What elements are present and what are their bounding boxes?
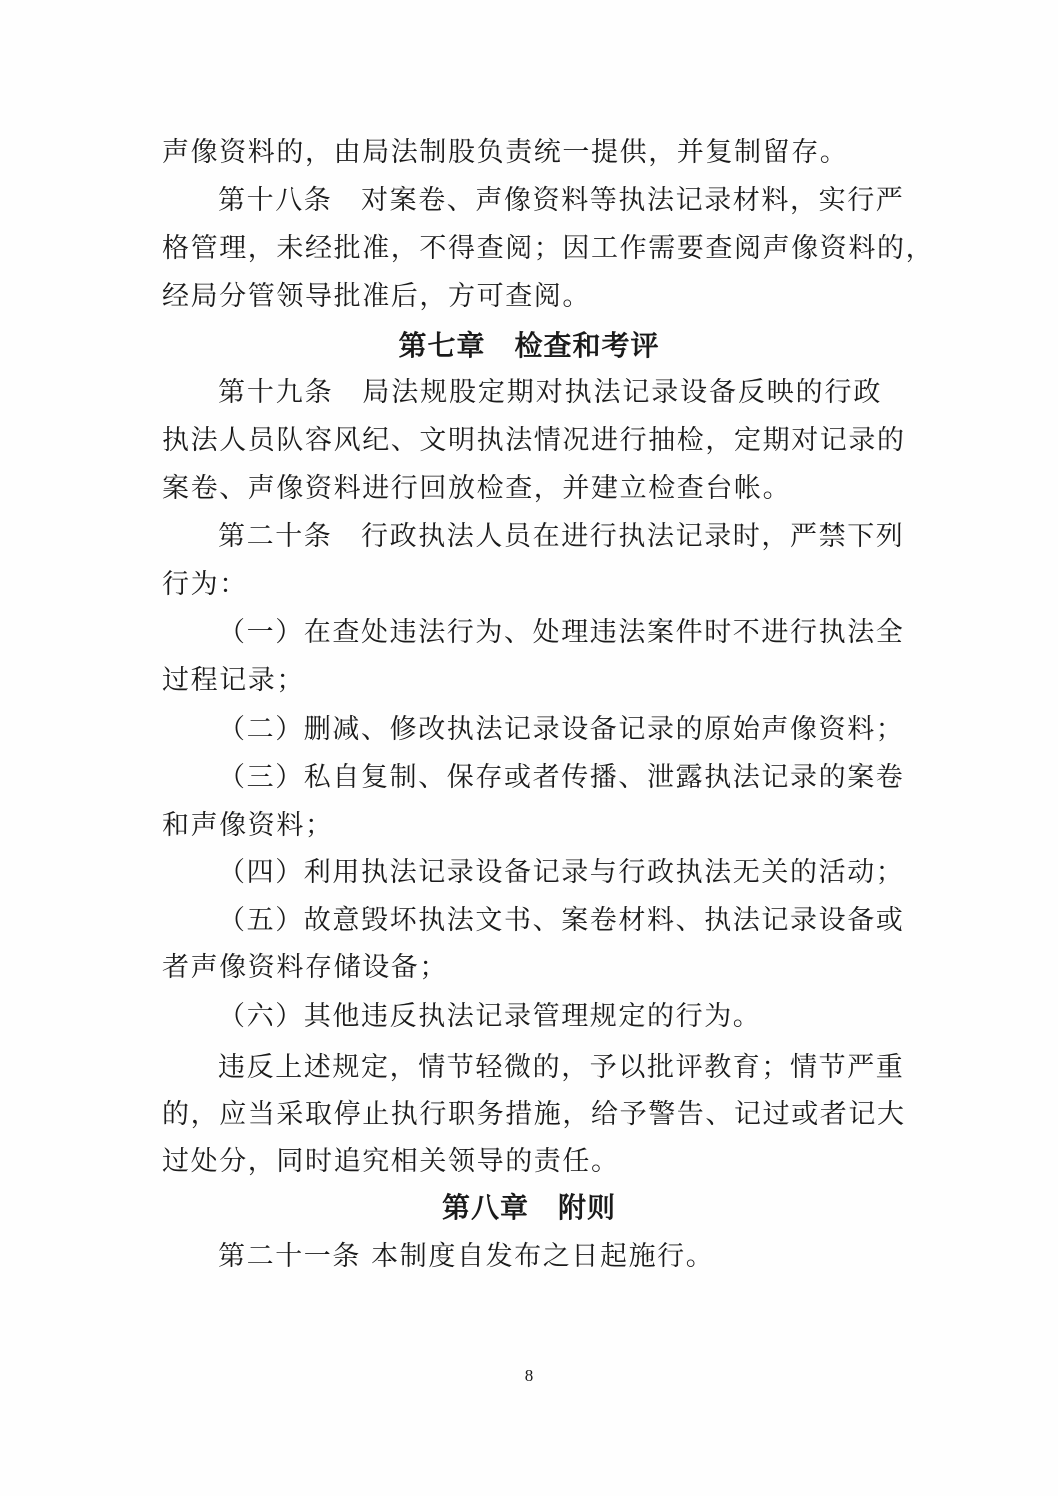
paragraph-line: 执法人员队容风纪、文明执法情况进行抽检，定期对记录的 [162,425,882,457]
list-item-line: （五）故意毁坏执法文书、案卷材料、执法记录设备或 [218,905,882,937]
paragraph-line: 第二十一条 本制度自发布之日起施行。 [218,1241,882,1273]
chapter-heading: 第八章 附则 [0,1192,1058,1224]
list-item-line: 和声像资料； [162,810,882,842]
list-item-line: 者声像资料存储设备； [162,952,882,984]
paragraph-line: 声像资料的，由局法制股负责统一提供，并复制留存。 [162,137,882,169]
list-item-line: （二）删减、修改执法记录设备记录的原始声像资料； [218,714,882,746]
paragraph-line: 案卷、声像资料进行回放检查，并建立检查台帐。 [162,473,882,505]
paragraph-line: 违反上述规定，情节轻微的，予以批评教育；情节严重 [218,1052,882,1084]
document-page: 声像资料的，由局法制股负责统一提供，并复制留存。 第十八条 对案卷、声像资料等执… [0,0,1058,1496]
paragraph-line: 经局分管领导批准后，方可查阅。 [162,281,882,313]
list-item-line: （一）在查处违法行为、处理违法案件时不进行执法全 [218,617,882,649]
list-item-line: （三）私自复制、保存或者传播、泄露执法记录的案卷 [218,762,882,794]
page-number: 8 [0,1366,1058,1386]
paragraph-line: 第十八条 对案卷、声像资料等执法记录材料，实行严 [218,185,882,217]
paragraph-line: 的，应当采取停止执行职务措施，给予警告、记过或者记大 [162,1099,882,1131]
paragraph-line: 第十九条 局法规股定期对执法记录设备反映的行政 [218,377,882,409]
list-item-line: （四）利用执法记录设备记录与行政执法无关的活动； [218,857,882,889]
paragraph-line: 格管理，未经批准，不得查阅；因工作需要查阅声像资料的， [162,233,882,265]
paragraph-line: 过处分，同时追究相关领导的责任。 [162,1146,882,1178]
list-item-line: 过程记录； [162,665,882,697]
paragraph-line: 行为： [162,569,882,601]
paragraph-line: 第二十条 行政执法人员在进行执法记录时，严禁下列 [218,521,882,553]
chapter-heading: 第七章 检查和考评 [0,330,1058,362]
list-item-line: （六）其他违反执法记录管理规定的行为。 [218,1001,882,1033]
